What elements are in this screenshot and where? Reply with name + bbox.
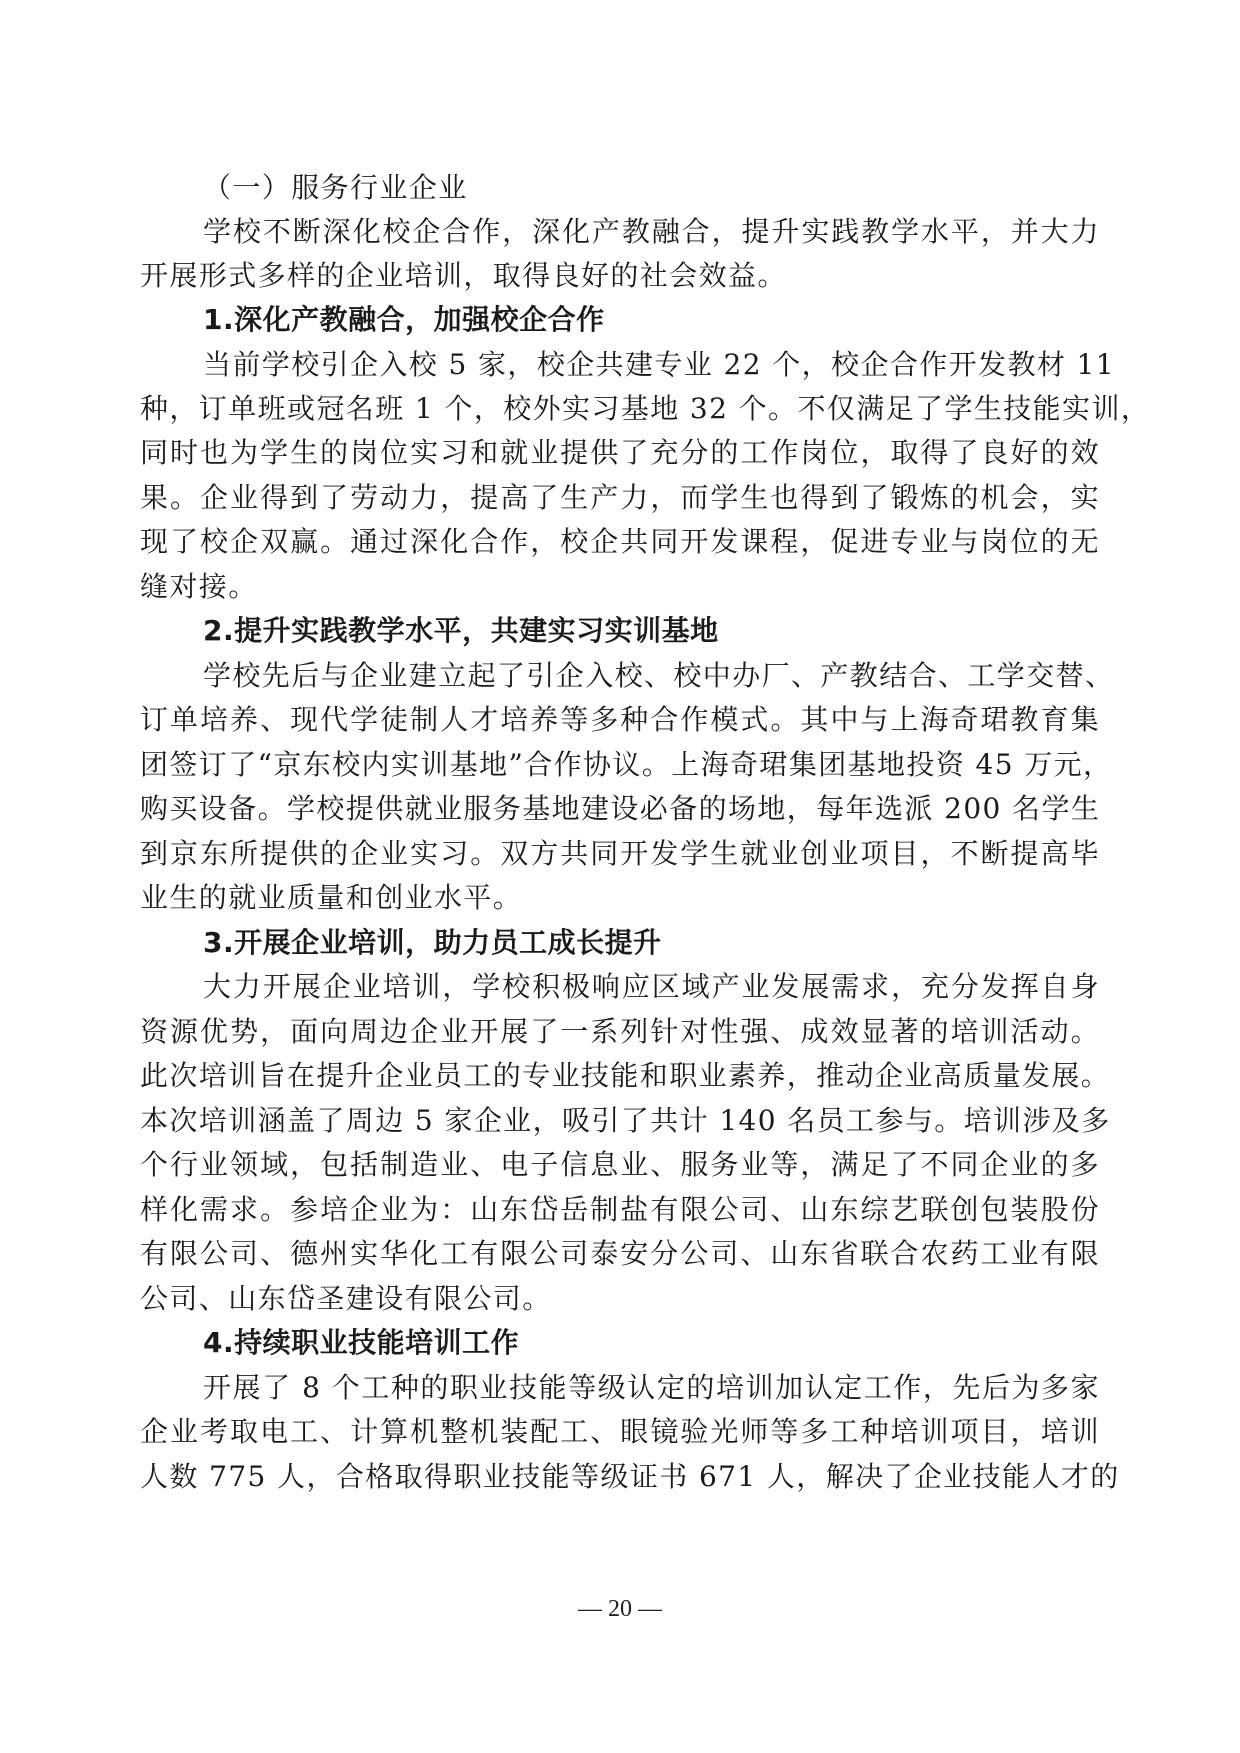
section-heading-3: 3.开展企业培训，助力员工成长提升	[203, 921, 1100, 965]
paragraph-line: 此次培训旨在提升企业员工的专业技能和职业素养，推动企业高质量发展。	[140, 1054, 1100, 1098]
page-number: — 20 —	[0, 1596, 1240, 1623]
paragraph-line: 个行业领域，包括制造业、电子信息业、服务业等，满足了不同企业的多	[140, 1143, 1100, 1187]
intro-line: 学校不断深化校企合作，深化产教融合，提升实践教学水平，并大力	[203, 210, 1100, 254]
paragraph-line: 有限公司、德州实华化工有限公司泰安分公司、山东省联合农药工业有限	[140, 1232, 1100, 1276]
section-title: （一）服务行业企业	[203, 166, 1163, 210]
paragraph-line: 本次培训涵盖了周边 5 家企业，吸引了共计 140 名员工参与。培训涉及多	[140, 1099, 1100, 1143]
paragraph-line: 企业考取电工、计算机整机装配工、眼镜验光师等多工种培训项目，培训	[140, 1410, 1100, 1454]
intro-line: 开展形式多样的企业培训，取得良好的社会效益。	[140, 254, 1100, 298]
paragraph-line: 资源优势，面向周边企业开展了一系列针对性强、成效显著的培训活动。	[140, 1010, 1100, 1054]
paragraph-line: 开展了 8 个工种的职业技能等级认定的培训加认定工作，先后为多家	[203, 1366, 1100, 1410]
paragraph-line: 业生的就业质量和创业水平。	[140, 876, 1100, 920]
paragraph-line: 学校先后与企业建立起了引企入校、校中办厂、产教结合、工学交替、	[203, 654, 1100, 698]
paragraph-line: 当前学校引企入校 5 家，校企共建专业 22 个，校企合作开发教材 11	[203, 343, 1100, 387]
section-heading-4: 4.持续职业技能培训工作	[203, 1321, 1100, 1365]
paragraph-line: 样化需求。参培企业为：山东岱岳制盐有限公司、山东综艺联创包装股份	[140, 1188, 1100, 1232]
paragraph-line: 缝对接。	[140, 565, 1100, 609]
paragraph-line: 种，订单班或冠名班 1 个，校外实习基地 32 个。不仅满足了学生技能实训，	[140, 387, 1100, 431]
paragraph-line: 公司、山东岱圣建设有限公司。	[140, 1277, 1100, 1321]
document-page: （一）服务行业企业 学校不断深化校企合作，深化产教融合，提升实践教学水平，并大力…	[0, 0, 1240, 1753]
section-heading-2: 2.提升实践教学水平，共建实习实训基地	[203, 609, 1100, 653]
section-heading-1: 1.深化产教融合，加强校企合作	[203, 298, 1100, 342]
paragraph-line: 现了校企双赢。通过深化合作，校企共同开发课程，促进专业与岗位的无	[140, 520, 1100, 564]
paragraph-line: 到京东所提供的企业实习。双方共同开发学生就业创业项目，不断提高毕	[140, 832, 1100, 876]
paragraph-line: 团签订了“京东校内实训基地”合作协议。上海奇珺集团基地投资 45 万元，	[140, 743, 1100, 787]
paragraph-line: 果。企业得到了劳动力，提高了生产力，而学生也得到了锻炼的机会，实	[140, 476, 1100, 520]
paragraph-line: 同时也为学生的岗位实习和就业提供了充分的工作岗位，取得了良好的效	[140, 431, 1100, 475]
paragraph-line: 购买设备。学校提供就业服务基地建设必备的场地，每年选派 200 名学生	[140, 787, 1100, 831]
paragraph-line: 大力开展企业培训，学校积极响应区域产业发展需求，充分发挥自身	[203, 965, 1100, 1009]
paragraph-line: 人数 775 人，合格取得职业技能等级证书 671 人，解决了企业技能人才的	[140, 1455, 1100, 1499]
paragraph-line: 订单培养、现代学徒制人才培养等多种合作模式。其中与上海奇珺教育集	[140, 698, 1100, 742]
